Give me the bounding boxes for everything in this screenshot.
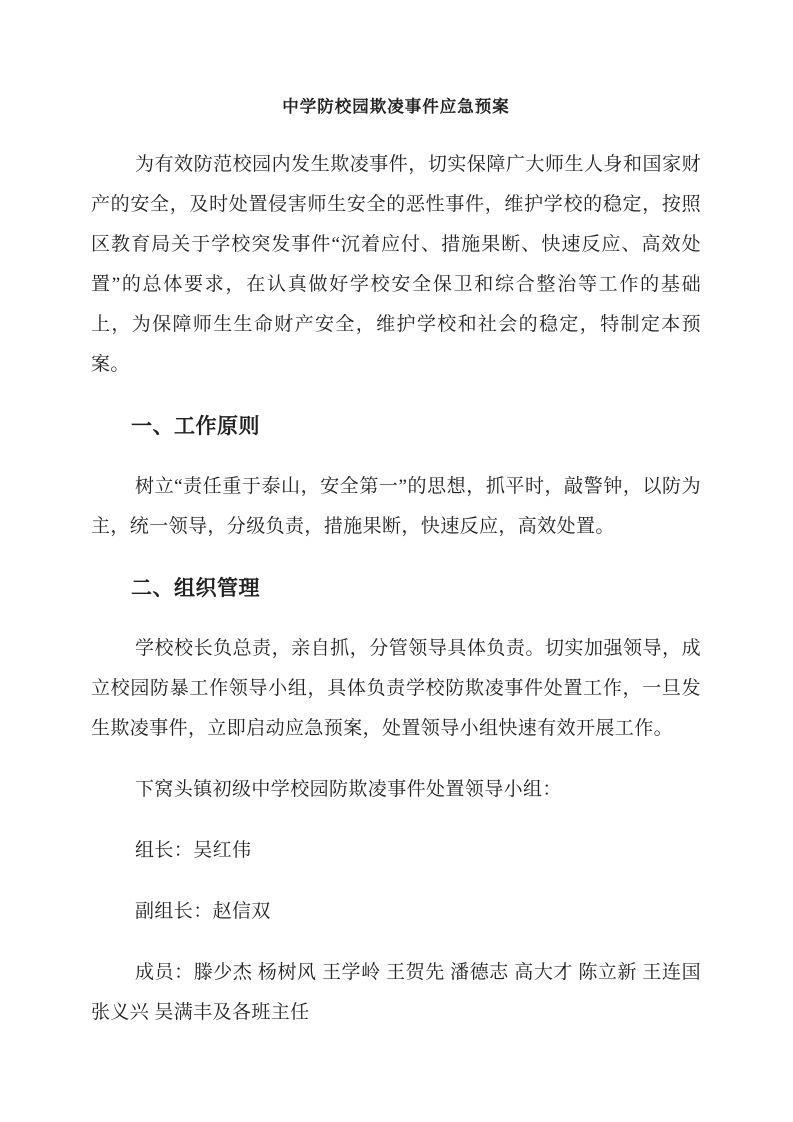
section-1-heading: 一、工作原则 (91, 406, 701, 446)
document-title: 中学防校园欺凌事件应急预案 (91, 90, 701, 124)
organization-paragraph: 学校校长负总责，亲自抓，分管领导具体负责。切实加强领导，成立校园防暴工作领导小组… (91, 629, 701, 749)
members-line: 成员：滕少杰 杨树风 王学岭 王贺先 潘德志 高大才 陈立新 王连国 张义兴 吴… (91, 953, 701, 1033)
document-page: 中学防校园欺凌事件应急预案 为有效防范校园内发生欺凌事件，切实保障广大师生人身和… (0, 0, 793, 1122)
leading-group-title-paragraph: 下窝头镇初级中学校园防欺凌事件处置领导小组： (91, 770, 701, 810)
deputy-group-leader-line: 副组长：赵信双 (91, 892, 701, 932)
section-2-heading: 二、组织管理 (91, 568, 701, 608)
principles-paragraph: 树立“责任重于泰山，安全第一”的思想，抓平时，敲警钟，以防为主，统一领导，分级负… (91, 467, 701, 547)
group-leader-line: 组长：吴红伟 (91, 831, 701, 871)
intro-paragraph: 为有效防范校园内发生欺凌事件，切实保障广大师生人身和国家财产的安全，及时处置侵害… (91, 145, 701, 385)
